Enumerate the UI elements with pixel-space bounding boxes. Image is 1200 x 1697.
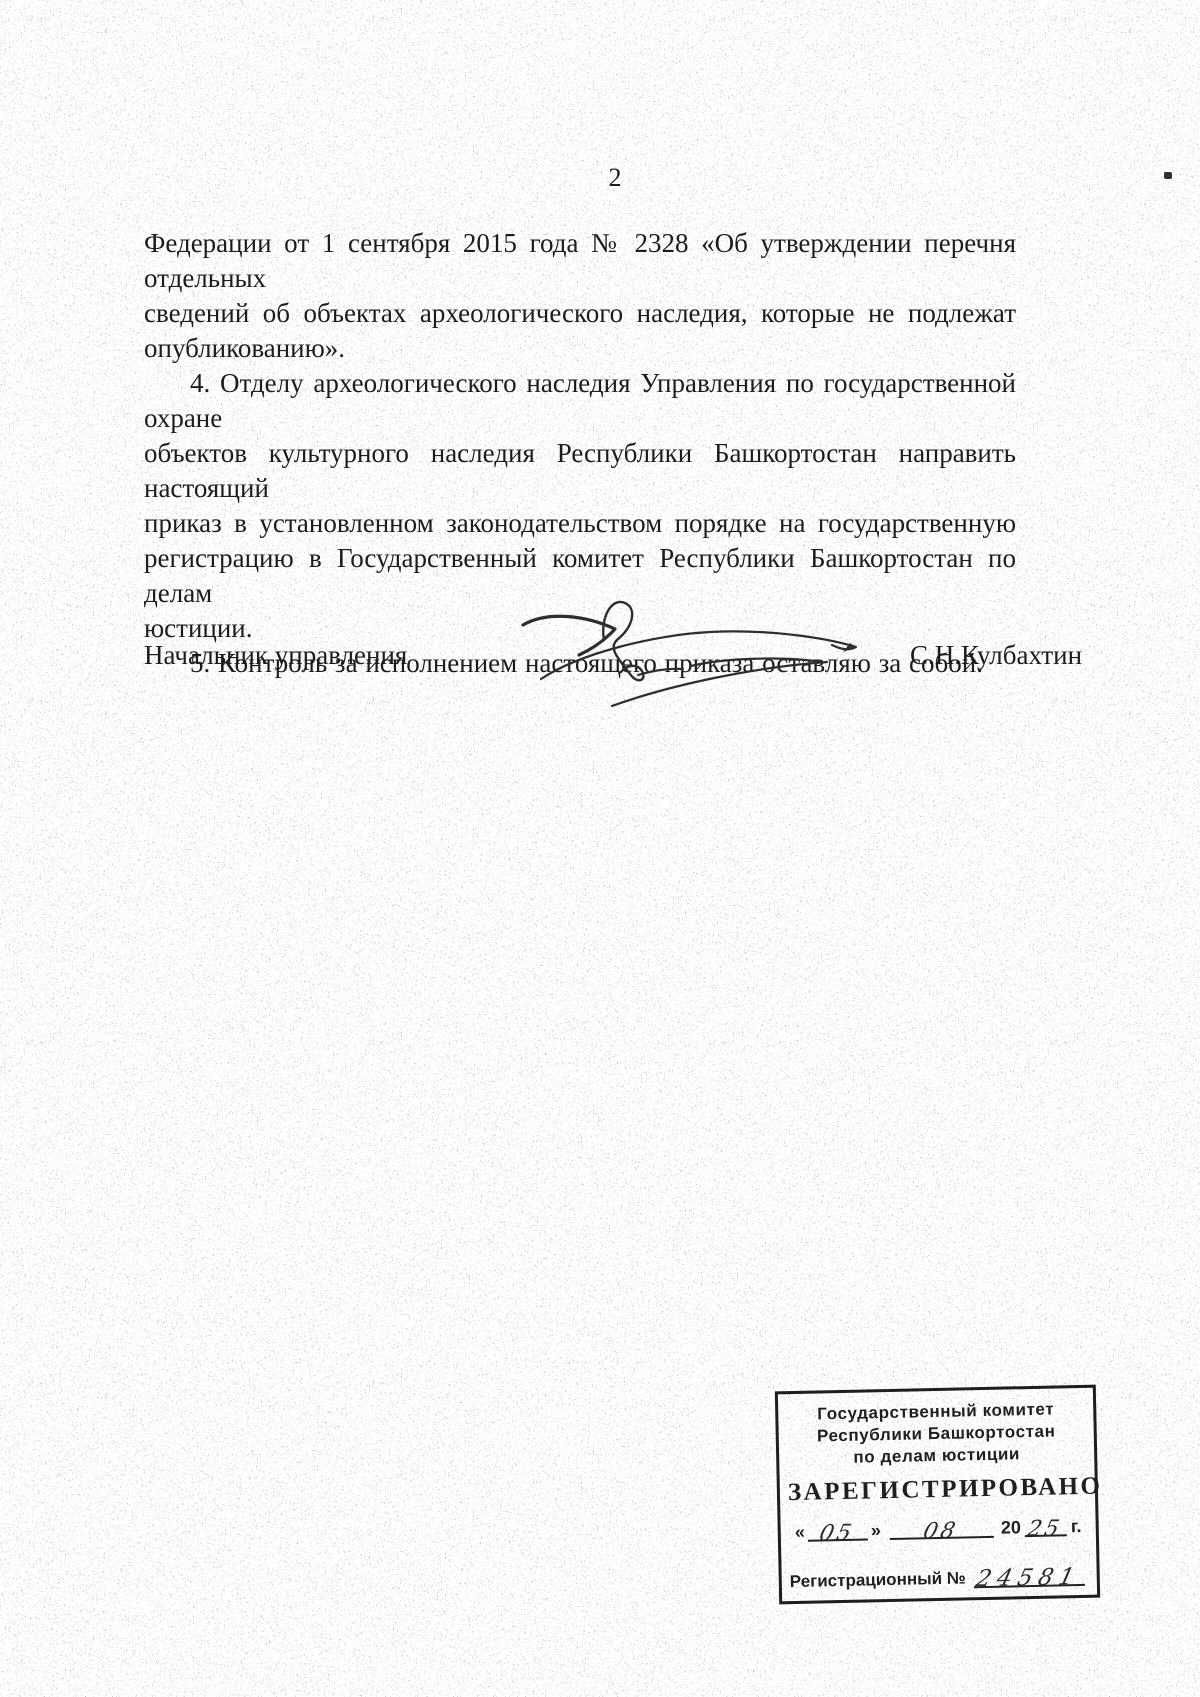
stamp-status-label: ЗАРЕГИСТРИРОВАНО [788,1473,1088,1507]
quote-open: « [795,1522,805,1542]
stamp-registration-row: Регистрационный № 24581 [790,1562,1089,1592]
signer-name: С.Н.Кулбахтин [910,638,1082,673]
year-suffix: г. [1071,1516,1082,1536]
scanned-document-page: 2 Федерации от 1 сентября 2015 года № 23… [0,0,1200,1697]
year-value: 25 [1025,1519,1064,1540]
signer-position-label: Начальник управления [144,638,407,673]
month-value: 08 [921,1522,960,1543]
page-number: 2 [560,163,670,193]
text-line: объектов культурного наследия Республики… [144,436,1016,506]
stamp-organization: Государственный комитет Республики Башко… [786,1398,1086,1470]
text-line: опубликованию». [144,331,1016,366]
registration-stamp: Государственный комитет Республики Башко… [775,1385,1100,1605]
paragraph: Федерации от 1 сентября 2015 года № 2328… [144,226,1016,366]
stamp-date-row: « 05 » 08 20 25 г. [789,1514,1088,1542]
text-line: приказ в установленном законодательством… [144,506,1016,541]
ink-dot-artifact [1164,172,1172,179]
text-line: 4. Отделу археологического наследия Упра… [144,366,1016,436]
quote-close: » [871,1520,881,1540]
text-line: сведений об объектах археологического на… [144,296,1016,331]
registration-number-value: 24581 [974,1567,1082,1589]
year-field: 25 [1025,1514,1067,1537]
year-prefix: 20 [1001,1517,1021,1537]
handwritten-signature-icon [455,545,885,725]
text-line: Федерации от 1 сентября 2015 года № 2328… [144,226,1016,296]
day-field: 05 [808,1518,868,1541]
registration-label: Регистрационный № [790,1568,966,1592]
day-value: 05 [817,1524,856,1545]
registration-number-field: 24581 [973,1562,1084,1588]
month-field: 08 [890,1516,994,1540]
